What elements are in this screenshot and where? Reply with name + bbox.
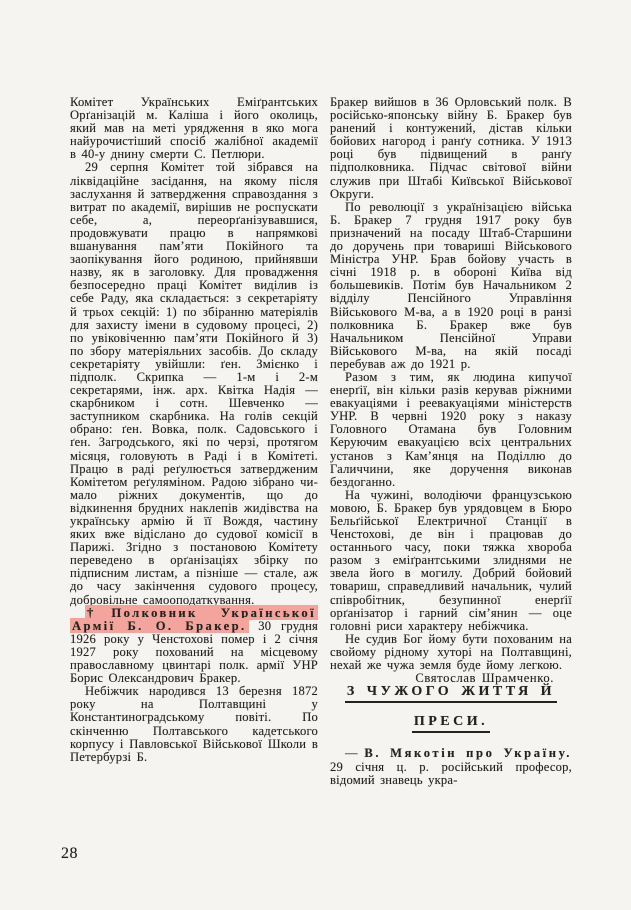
paragraph: Комітет Українських Еміґрантських Орґані… — [70, 96, 318, 161]
paragraph: По революції з українізацією війська Б. … — [330, 201, 572, 371]
text-segment: — — [345, 746, 364, 760]
paragraph: — В. Мякотін про Україну. 29 січня ц. р.… — [330, 747, 572, 786]
paragraph: Не судив Бог йому бути похованим на свой… — [330, 633, 572, 672]
paragraph: Разом з тим, як людина кипучої енерґії, … — [330, 371, 572, 489]
text-segment: 29 січня ц. р. російський професор, відо… — [330, 760, 572, 787]
left-text-column: Комітет Українських Еміґрантських Орґані… — [70, 96, 318, 896]
section-heading: ПРЕСИ. — [330, 715, 572, 733]
section-heading: З ЧУЖОГО ЖИТТЯ Й — [330, 685, 572, 703]
paragraph: На чужині, володіючи французською мовою,… — [330, 489, 572, 633]
page-number: 28 — [61, 845, 78, 863]
section-heading-text: З ЧУЖОГО ЖИТТЯ Й — [345, 685, 557, 703]
paragraph: Бракер вийшов в 36 Орловський полк. В ро… — [330, 96, 572, 201]
scanned-journal-page: { "page": { "number": "28" }, "colors": … — [0, 0, 631, 910]
right-text-column: Бракер вийшов в 36 Орловський полк. В ро… — [330, 96, 572, 896]
paragraph: †Полковник Української Армії Б. О. Браке… — [70, 607, 318, 686]
section-heading-text: ПРЕСИ. — [412, 715, 490, 733]
emphasized-text: В. Мякотін про Україну. — [364, 746, 572, 760]
paragraph: 29 серпня Комітет той зібрався на ліквід… — [70, 161, 318, 606]
paragraph: Небіжчик народився 13 березня 1872 року … — [70, 685, 318, 764]
